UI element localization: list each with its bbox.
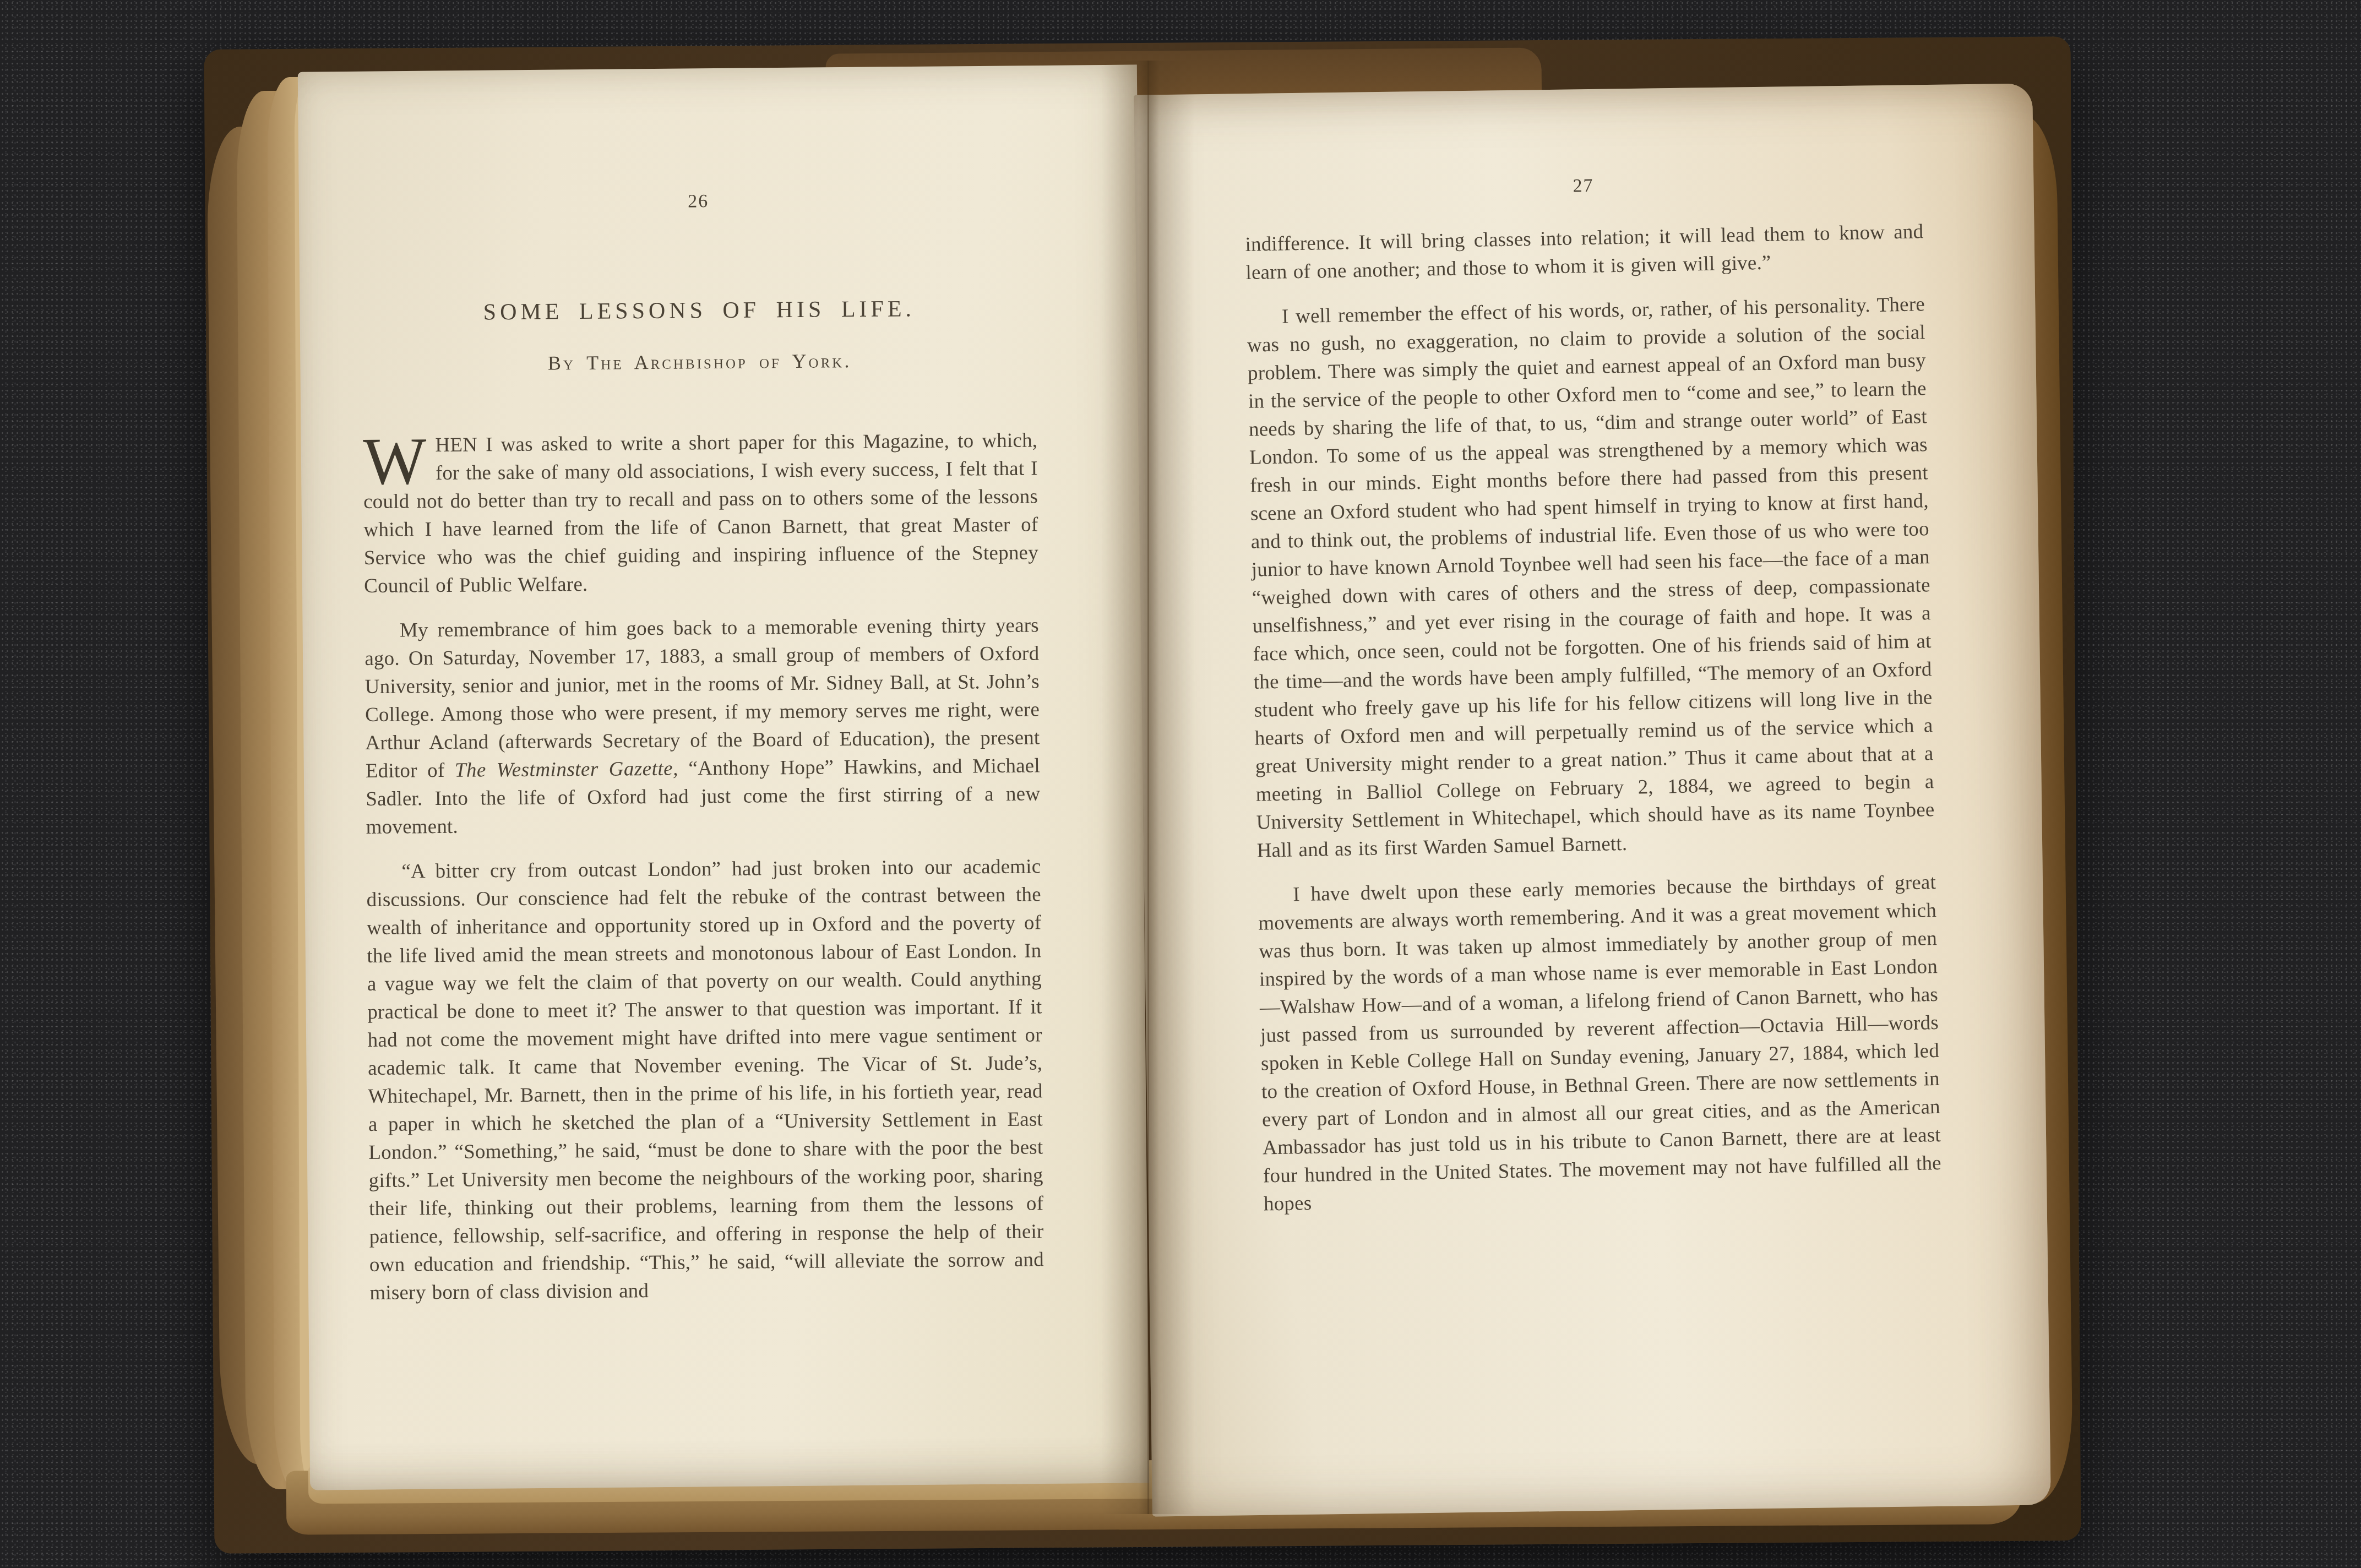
- right-page-content: 27 indifference. It will bring classes i…: [1134, 83, 2051, 1516]
- drop-cap: W: [363, 431, 436, 487]
- open-book: 26 SOME LESSONS OF HIS LIFE. By The Arch…: [0, 0, 2361, 1568]
- paragraph: “A bitter cry from outcast London” had j…: [366, 852, 1044, 1307]
- left-page-number: 26: [361, 185, 1036, 219]
- italic-publication-title: The Westminster Gazette,: [455, 758, 678, 782]
- right-page: 27 indifference. It will bring classes i…: [1134, 83, 2051, 1516]
- left-page: 26 SOME LESSONS OF HIS LIFE. By The Arch…: [298, 64, 1149, 1490]
- paragraph-text: HEN I was asked to write a short paper f…: [363, 429, 1038, 598]
- article-title: SOME LESSONS OF HIS LIFE.: [362, 295, 1036, 328]
- right-page-number: 27: [1244, 165, 1923, 206]
- paragraph: My remembrance of him goes back to a mem…: [365, 611, 1041, 841]
- paragraph: I well remember the effect of his words,…: [1247, 290, 1935, 864]
- photo-backdrop: 26 SOME LESSONS OF HIS LIFE. By The Arch…: [0, 0, 2361, 1568]
- paragraph: I have dwelt upon these early memories b…: [1258, 868, 1943, 1218]
- article-byline: By The Archbishop of York.: [362, 346, 1037, 379]
- paragraph: WHEN I was asked to write a short paper …: [363, 427, 1038, 601]
- paragraph: indifference. It will bring classes into…: [1245, 217, 1924, 287]
- left-page-content: 26 SOME LESSONS OF HIS LIFE. By The Arch…: [298, 65, 1149, 1490]
